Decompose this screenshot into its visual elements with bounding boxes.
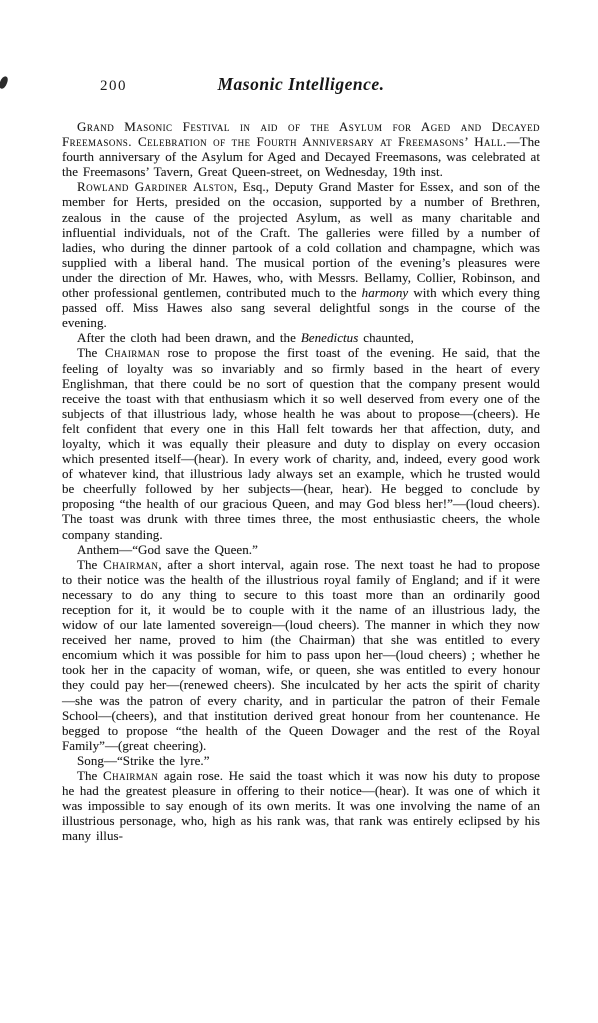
text-segment-smallcaps: Chairman [105, 345, 160, 360]
paragraph: Rowland Gardiner Alston, Esq., Deputy Gr… [62, 179, 540, 330]
text-segment-smallcaps: Rowland Gardiner Alston [77, 179, 234, 194]
text-segment-italic: harmony [362, 285, 409, 300]
paragraph: The Chairman again rose. He said the toa… [62, 768, 540, 843]
text-segment-smallcaps: Grand Masonic Festival in aid of the Asy… [62, 119, 540, 149]
text-segment-normal: rose to propose the first toast of the e… [62, 345, 540, 541]
scan-artifact [0, 75, 9, 90]
paragraph: Anthem—“God save the Queen.” [62, 542, 540, 557]
paragraph: Song—“Strike the lyre.” [62, 753, 540, 768]
text-segment-italic: Benedictus [301, 330, 359, 345]
paragraph: The Chairman, after a short interval, ag… [62, 557, 540, 753]
text-segment-normal: The [77, 768, 103, 783]
text-segment-normal: chaunted, [358, 330, 414, 345]
text-segment-smallcaps: Chairman [103, 557, 158, 572]
text-segment-normal: The [77, 557, 103, 572]
text-segment-smallcaps: Chairman [103, 768, 158, 783]
text-segment-normal: Anthem—“God save the Queen.” [77, 542, 258, 557]
paragraph: The Chairman rose to propose the first t… [62, 345, 540, 541]
text-segment-normal: Song—“Strike the lyre.” [77, 753, 210, 768]
text-segment-normal: , Esq., Deputy Grand Master for Essex, a… [62, 179, 540, 300]
paragraph: After the cloth had been drawn, and the … [62, 330, 540, 345]
paragraph: Grand Masonic Festival in aid of the Asy… [62, 119, 540, 179]
text-segment-normal: After the cloth had been drawn, and the [77, 330, 301, 345]
article-body: Grand Masonic Festival in aid of the Asy… [62, 119, 540, 844]
running-title: Masonic Intelligence. [62, 74, 540, 95]
scanned-page: 200 Masonic Intelligence. Grand Masonic … [0, 0, 598, 1023]
text-segment-normal: The [77, 345, 105, 360]
text-segment-normal: , after a short interval, again rose. Th… [62, 557, 540, 753]
